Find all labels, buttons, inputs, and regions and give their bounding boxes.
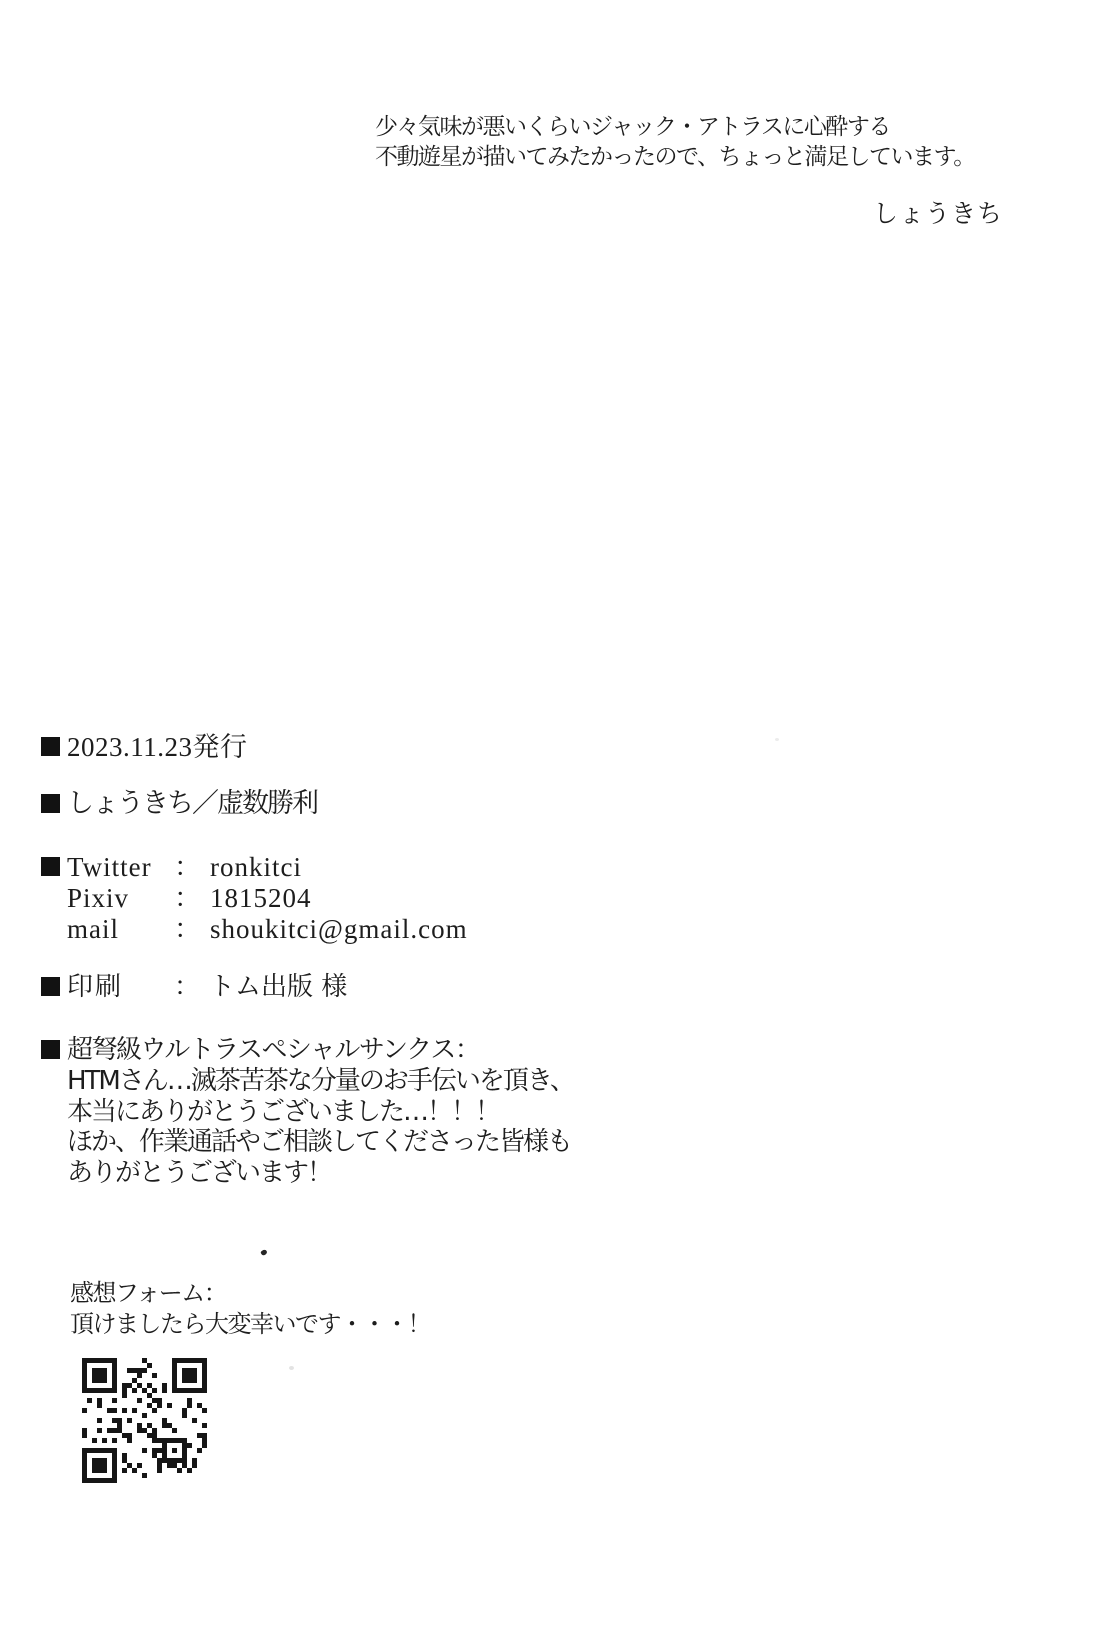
scan-speck (775, 738, 779, 741)
special-thanks-block: 超弩級ウルトラスペシャルサンクス： HTMさん…滅茶苦茶な分量のお手伝いを頂き、… (41, 1035, 574, 1189)
black-square-bullet (41, 737, 60, 756)
scan-speck (260, 1249, 268, 1257)
publish-date-row: 2023.11.23発行 (41, 732, 248, 762)
contact-value: shoukitci@gmail.com (210, 914, 468, 945)
contact-row-mail: mail ： shoukitci@gmail.com (41, 914, 468, 945)
contact-value: ronkitci (210, 852, 302, 883)
qr-code (82, 1358, 207, 1483)
contact-list: Twitter ： ronkitci Pixiv ： 1815204 mail … (41, 852, 468, 945)
circle-row: しょうきち／虚数勝利 (41, 789, 317, 819)
contact-label: mail (67, 914, 174, 945)
contact-label: Twitter (67, 852, 174, 883)
feedback-heading: 感想フォーム： (70, 1278, 430, 1309)
scanned-afterword-page: 少々気味が悪いくらいジャック・アトラスに心酔する 不動遊星が描いてみたかったので… (0, 0, 1100, 1628)
contact-row-twitter: Twitter ： ronkitci (41, 852, 468, 883)
black-square-bullet (41, 977, 60, 996)
printing-colon: ： (174, 972, 200, 1003)
black-square-bullet (41, 1040, 60, 1059)
contact-label: Pixiv (67, 883, 174, 914)
special-thanks-line: ありがとうございます！ (41, 1158, 574, 1189)
printing-value: トム出版 様 (209, 972, 347, 1003)
contact-colon: ： (174, 883, 201, 914)
afterword-text: 少々気味が悪いくらいジャック・アトラスに心酔する 不動遊星が描いてみたかったので… (375, 112, 975, 172)
printing-row: 印刷 ： トム出版 様 (41, 972, 347, 1003)
contact-value: 1815204 (210, 883, 312, 914)
printing-label: 印刷 (67, 972, 174, 1003)
special-thanks-heading: 超弩級ウルトラスペシャルサンクス： (67, 1035, 479, 1066)
special-thanks-heading-row: 超弩級ウルトラスペシャルサンクス： (41, 1035, 574, 1066)
contact-row-pixiv: Pixiv ： 1815204 (41, 883, 468, 914)
afterword-line-2: 不動遊星が描いてみたかったので、ちょっと満足しています。 (375, 142, 975, 172)
publish-date-text: 2023.11.23発行 (67, 732, 248, 762)
special-thanks-line: HTMさん…滅茶苦茶な分量のお手伝いを頂き、 (41, 1066, 574, 1097)
circle-name: しょうきち／虚数勝利 (67, 789, 317, 819)
scan-speck (289, 1366, 294, 1370)
author-signature: しょうきち (873, 194, 1003, 230)
feedback-block: 感想フォーム： 頂けましたら大変幸いです・・・！ (70, 1278, 430, 1340)
special-thanks-line: 本当にありがとうございました…！！！ (41, 1097, 574, 1128)
feedback-note: 頂けましたら大変幸いです・・・！ (70, 1309, 430, 1340)
black-square-bullet (41, 857, 60, 876)
special-thanks-line: ほか、作業通話やご相談してくださった皆様も (41, 1127, 574, 1158)
contact-colon: ： (174, 914, 201, 945)
contact-colon: ： (174, 852, 201, 883)
afterword-line-1: 少々気味が悪いくらいジャック・アトラスに心酔する (375, 112, 975, 142)
black-square-bullet (41, 794, 60, 813)
